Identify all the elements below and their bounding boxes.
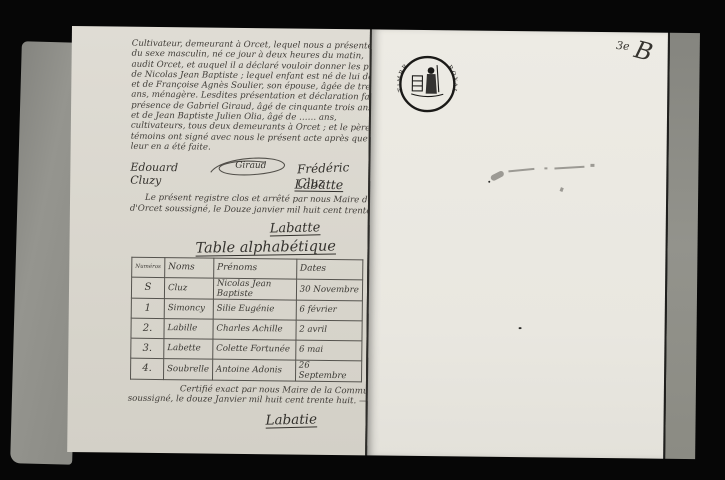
cell-numero: S xyxy=(131,277,164,298)
cell-nom: Labette xyxy=(164,338,213,359)
signature-edouard-cluzy: Edouard Cluzy xyxy=(130,161,197,188)
cell-nom: Labille xyxy=(164,318,213,339)
signature-row: Edouard Cluzy Giraud Frédéric Cluz xyxy=(130,153,365,182)
signature-frederic-cluz: Frédéric Cluz xyxy=(297,160,366,191)
scanned-register-background: Cultivateur, demeurant à Orcet, lequel n… xyxy=(0,0,725,480)
cell-numero: 4. xyxy=(130,358,163,379)
register-closing-paragraph: Le présent registre clos et arrêté par n… xyxy=(130,193,365,216)
annotation-prefix: 3e xyxy=(615,39,630,53)
signature-labatte-closing: Labatte xyxy=(270,220,340,237)
cell-nom: Simoncy xyxy=(164,298,213,319)
header-prenoms: Prénoms xyxy=(213,258,296,279)
cell-date: 30 Novembre xyxy=(296,279,363,301)
table-header-row: Numéros Noms Prénoms Dates xyxy=(132,257,363,280)
cell-nom: Cluz xyxy=(164,277,213,299)
svg-text:TIMBRE: TIMBRE xyxy=(397,54,410,93)
stamp-figure-icon xyxy=(411,65,443,97)
paper-speck xyxy=(488,181,490,183)
signature-flourish-giraud: Giraud xyxy=(199,152,296,183)
ink-bleed-through-marks xyxy=(488,157,618,198)
signature-labatie-certification: Labatie xyxy=(265,411,345,429)
header-dates: Dates xyxy=(296,259,363,280)
right-page: 3e B TIMBRE ROYAL xyxy=(367,29,668,458)
stamp-text-timbre: TIMBRE xyxy=(397,54,410,93)
cell-numero: 2. xyxy=(131,318,164,338)
cell-date: 26 Septembre xyxy=(295,360,362,382)
cell-prenoms: Antoine Adonis xyxy=(212,359,295,381)
alphabetical-table: Numéros Noms Prénoms Dates S Cluz Nicola… xyxy=(130,257,363,383)
certification-line: soussigné, le douze Janvier mil huit cen… xyxy=(128,394,363,407)
cell-numero: 3. xyxy=(131,338,164,358)
annotation-initial: B xyxy=(631,35,655,67)
cell-prenoms: Silie Eugénie xyxy=(213,299,296,320)
stamp-text-royal: ROYAL xyxy=(446,64,458,94)
birth-act-paragraph: Cultivateur, demeurant à Orcet, lequel n… xyxy=(131,39,367,155)
table-row: 3. Labette Colette Fortunée 6 mai xyxy=(131,338,362,361)
open-register-book: Cultivateur, demeurant à Orcet, lequel n… xyxy=(67,26,700,459)
svg-text:ROYAL: ROYAL xyxy=(446,64,458,94)
left-page: Cultivateur, demeurant à Orcet, lequel n… xyxy=(67,26,372,455)
header-noms: Noms xyxy=(165,257,214,278)
page-number-annotation: 3e B xyxy=(614,35,652,66)
table-row: 4. Soubrelle Antoine Adonis 26 Septembre xyxy=(130,358,361,382)
cell-date: 6 mai xyxy=(295,340,362,361)
cell-date: 6 février xyxy=(296,300,363,321)
cell-date: 2 avril xyxy=(296,320,363,341)
signature-giraud-text: Giraud xyxy=(235,161,267,171)
closing-line: d'Orcet soussigné, le Douze janvier mil … xyxy=(130,203,365,216)
certification-paragraph: Certifié exact par nous Maire de la Comm… xyxy=(128,384,363,407)
header-numeros: Numéros xyxy=(132,257,165,277)
table-row: 2. Labille Charles Achille 2 avril xyxy=(131,318,362,341)
table-row: S Cluz Nicolas Jean Baptiste 30 Novembre xyxy=(131,277,362,301)
table-row: 1 Simoncy Silie Eugénie 6 février xyxy=(131,298,362,321)
timbre-royal-stamp: TIMBRE ROYAL xyxy=(397,54,458,115)
book-right-fore-edge xyxy=(663,33,700,459)
cell-nom: Soubrelle xyxy=(163,358,212,380)
cell-prenoms: Colette Fortunée xyxy=(213,339,296,360)
cell-prenoms: Charles Achille xyxy=(213,319,296,340)
cell-prenoms: Nicolas Jean Baptiste xyxy=(213,278,296,300)
alphabetical-table-title: Table alphabétique xyxy=(195,238,364,257)
cell-numero: 1 xyxy=(131,298,164,318)
paper-speck xyxy=(519,327,522,329)
